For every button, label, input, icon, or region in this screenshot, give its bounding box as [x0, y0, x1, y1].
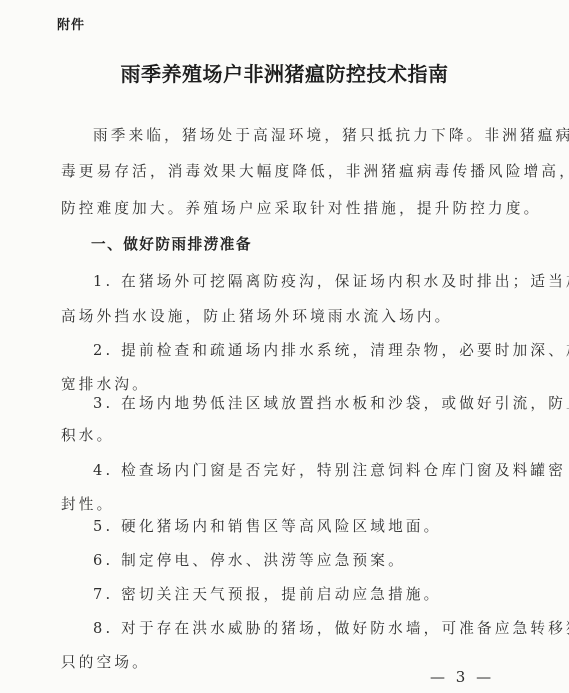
- text-line: 毒更易存活，消毒效果大幅度降低，非洲猪瘟病毒传播风险增高，: [61, 160, 511, 181]
- text-line: 2. 提前检查和疏通场内排水系统，清理杂物，必要时加深、加: [93, 339, 511, 360]
- text-line: 6. 制定停电、停水、洪涝等应急预案。: [93, 549, 511, 570]
- text-line: 积水。: [61, 424, 511, 445]
- page-number: — 3 —: [430, 668, 494, 686]
- text-line: 宽排水沟。: [61, 373, 511, 394]
- text-line: 3. 在场内地势低洼区域放置挡水板和沙袋，或做好引流，防止: [93, 392, 511, 413]
- text-line: 高场外挡水设施，防止猪场外环境雨水流入场内。: [61, 305, 511, 326]
- text-line: 8. 对于存在洪水威胁的猪场，做好防水墙，可准备应急转移猪: [93, 617, 511, 638]
- text-line: 1. 在猪场外可挖隔离防疫沟，保证场内积水及时排出；适当加: [93, 270, 511, 291]
- document-title: 雨季养殖场户非洲猪瘟防控技术指南: [0, 58, 569, 87]
- attachment-label: 附件: [57, 14, 85, 33]
- section-heading: 一、做好防雨排涝准备: [91, 233, 252, 254]
- text-line: 雨季来临，猪场处于高湿环境，猪只抵抗力下降。非洲猪瘟病: [93, 124, 511, 145]
- text-line: 防控难度加大。养殖场户应采取针对性措施，提升防控力度。: [61, 197, 511, 218]
- text-line: 5. 硬化猪场内和销售区等高风险区域地面。: [93, 515, 511, 536]
- text-line: 4. 检查场内门窗是否完好，特别注意饲料仓库门窗及料罐密: [93, 459, 511, 480]
- document-page: 附件 雨季养殖场户非洲猪瘟防控技术指南 雨季来临，猪场处于高湿环境，猪只抵抗力下…: [0, 0, 569, 693]
- text-line: 7. 密切关注天气预报，提前启动应急措施。: [93, 583, 511, 604]
- text-line: 封性。: [61, 493, 511, 514]
